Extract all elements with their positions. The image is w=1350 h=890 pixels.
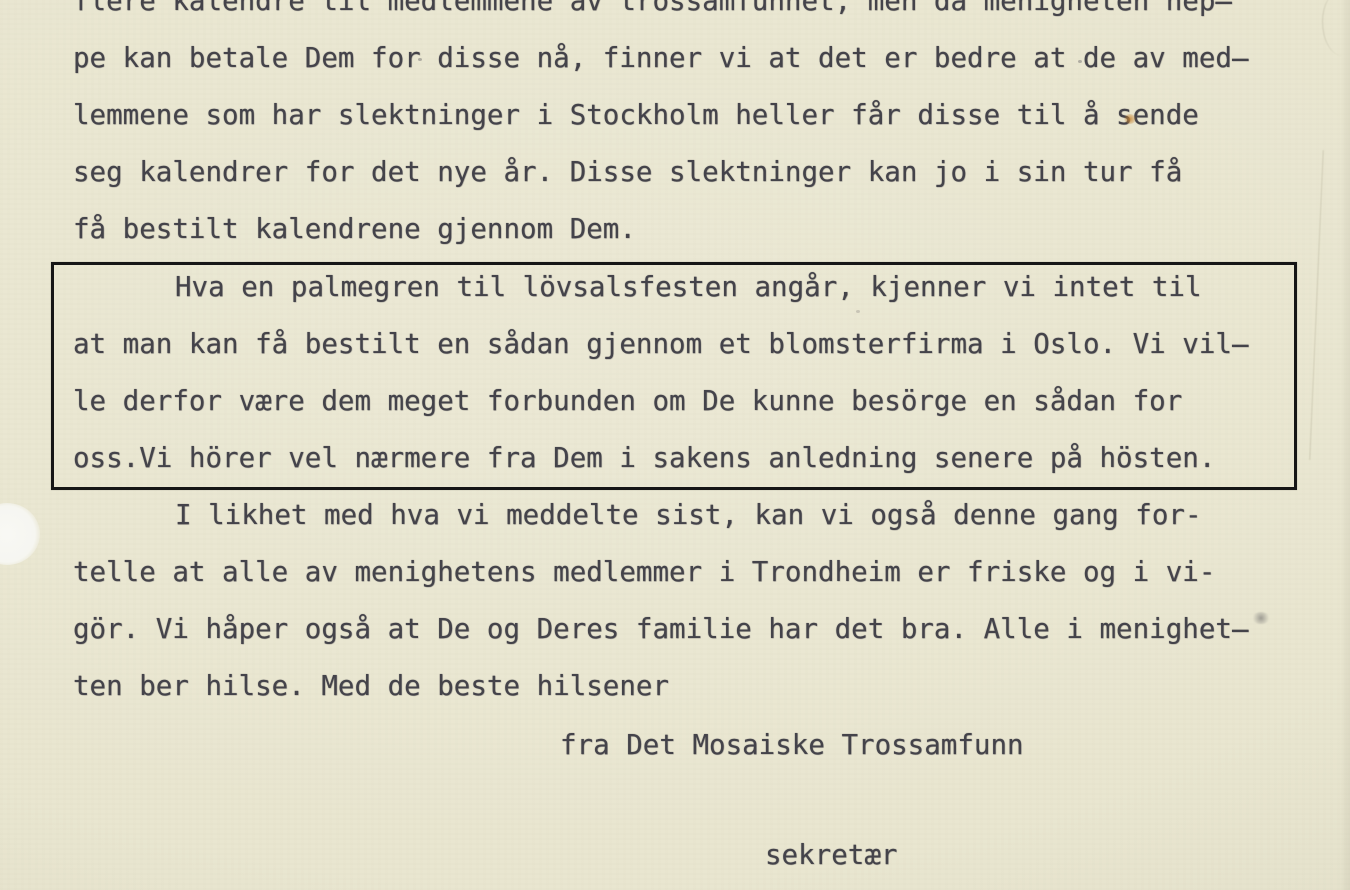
hole-punch [0, 503, 40, 565]
scan-edge-shadow [1340, 0, 1350, 890]
text-line: lemmene som har slektninger i Stockholm … [73, 102, 1199, 130]
text-line: ten ber hilse. Med de beste hilsener [73, 673, 669, 701]
highlight-box [51, 262, 1297, 490]
text-line: I likhet med hva vi meddelte sist, kan v… [175, 502, 1202, 530]
text-line: få bestilt kalendrene gjennom Dem. [73, 216, 636, 244]
paper-stain [1124, 114, 1136, 124]
paper-crease [1309, 150, 1324, 460]
text-line: sekretær [765, 842, 897, 870]
letter-page: flere kalendre til medlemmene av trossam… [0, 0, 1350, 890]
text-line: pe kan betale Dem for disse nå, finner v… [73, 45, 1249, 73]
text-line: gör. Vi håper også at De og Deres famili… [73, 616, 1249, 644]
paper-speck [856, 310, 860, 313]
paper-speck [418, 58, 422, 61]
ink-smudge [1252, 612, 1270, 624]
text-line: flere kalendre til medlemmene av trossam… [73, 0, 1232, 16]
text-line: telle at alle av menighetens medlemmer i… [73, 559, 1215, 587]
text-line: seg kalendrer for det nye år. Disse slek… [73, 159, 1182, 187]
text-line: fra Det Mosaiske Trossamfunn [560, 732, 1024, 760]
paper-speck [1078, 60, 1082, 63]
